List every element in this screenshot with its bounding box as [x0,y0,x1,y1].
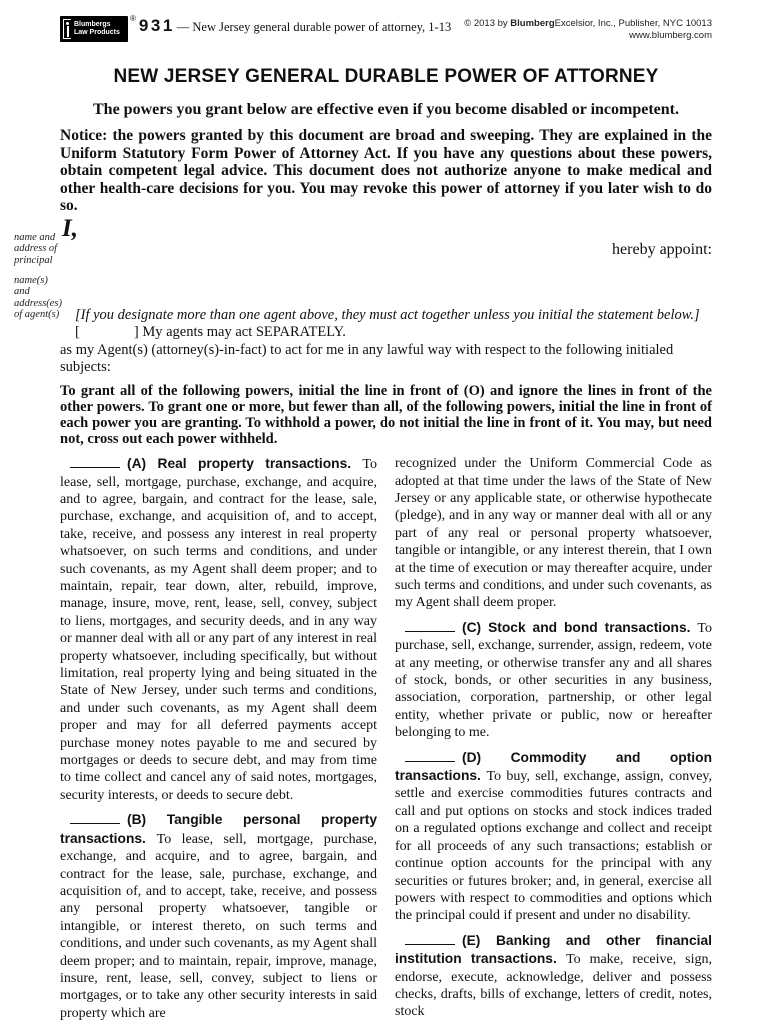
initial-line[interactable] [405,934,455,945]
powers-column-left: (A) Real property transactions. To lease… [60,455,377,1024]
power-label: (C) Stock and bond transactions. [462,620,697,635]
margin-note-agents: name(s) and address(es) of agent(s) [14,275,62,321]
separately-clause: [] My agents may act SEPARATELY. [60,324,712,341]
power-paragraph: (E) Banking and other financial institut… [395,932,712,1021]
powers-columns: (A) Real property transactions. To lease… [60,455,712,1024]
power-body: To purchase, sell, exchange, surrender, … [395,621,712,740]
registered-trademark-symbol: ® [130,14,136,23]
initial-line[interactable] [405,621,455,632]
power-paragraph: (B) Tangible personal property transacti… [60,811,377,1022]
agents-name-address-field[interactable] [60,263,712,305]
close-bracket: ] [134,324,139,340]
copyright-line: © 2013 by BlumbergExcelsior, Inc., Publi… [464,18,712,30]
grant-instructions: To grant all of the following powers, in… [60,383,712,447]
hereby-appoint-text: hereby appoint: [612,241,712,259]
initial-line[interactable] [405,751,455,762]
initial-line[interactable] [70,813,120,824]
blumberg-logo: Blumbergs Law Products [60,16,128,42]
power-body: recognized under the Uniform Commercial … [395,456,712,610]
powers-column-right: recognized under the Uniform Commercial … [395,455,712,1024]
power-body: To buy, sell, exchange, assign, convey, … [395,769,712,923]
document-subtitle: The powers you grant below are effective… [60,101,712,119]
copyright-pre: © 2013 by [464,18,510,29]
publisher-block: © 2013 by BlumbergExcelsior, Inc., Publi… [464,18,712,42]
power-paragraph: recognized under the Uniform Commercial … [395,455,712,612]
principal-lead-in: I, [62,215,78,243]
power-body: To lease, sell, mortgage, purchase, exch… [60,832,377,1021]
copyright-post: Excelsior, Inc., Publisher, NYC 10013 [555,18,712,29]
power-paragraph: (A) Real property transactions. To lease… [60,455,377,804]
power-paragraph: (D) Commodity and option transactions. T… [395,749,712,925]
power-body: To lease, sell, mortgage, purchase, exch… [60,457,377,803]
form-name: — New Jersey general durable power of at… [177,20,451,35]
document-page: Blumbergs Law Products ® 931 — New Jerse… [0,0,770,1024]
notice-paragraph: Notice: the powers granted by this docum… [60,127,712,215]
margin-note-principal: name and address of principal [14,232,62,267]
multiple-agents-note: [If you designate more than one agent ab… [60,307,712,324]
form-number: 931 [139,16,175,36]
form-id-block: Blumbergs Law Products ® 931 — New Jerse… [60,14,451,42]
separately-text: My agents may act SEPARATELY. [142,324,346,340]
logo-line-2: Law Products [74,29,120,37]
blumberg-statue-icon [63,19,71,39]
copyright-brand: Blumberg [510,18,554,29]
agent-authority-clause: as my Agent(s) (attorney(s)-in-fact) to … [60,342,712,377]
power-paragraph: (C) Stock and bond transactions. To purc… [395,619,712,742]
blumberg-logo-text: Blumbergs Law Products [74,21,120,37]
appointment-block: I, name and address of principal name(s)… [60,215,712,307]
principal-name-address-field[interactable] [90,217,592,241]
publisher-website: www.blumberg.com [464,30,712,42]
page-title: NEW JERSEY GENERAL DURABLE POWER OF ATTO… [60,66,712,88]
form-header: Blumbergs Law Products ® 931 — New Jerse… [60,14,712,50]
initial-line[interactable] [70,457,120,468]
open-bracket: [ [75,324,80,340]
logo-line-1: Blumbergs [74,21,120,29]
power-label: (A) Real property transactions. [127,456,362,471]
